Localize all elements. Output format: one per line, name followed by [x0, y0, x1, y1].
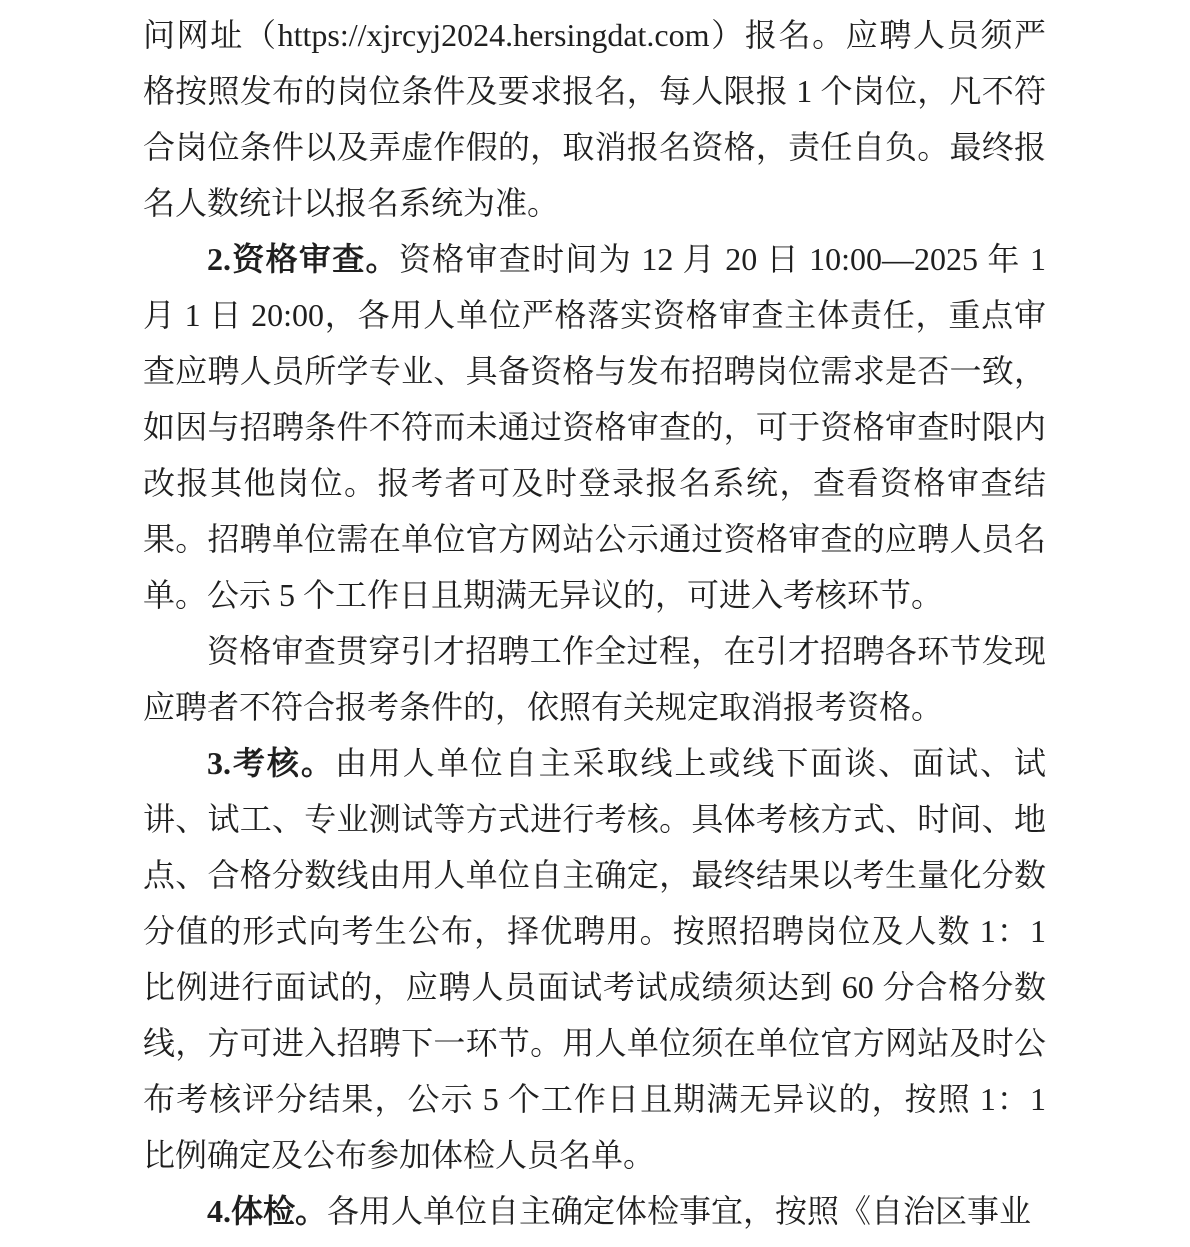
document-page: 问网址（https://xjrcyj2024.hersingdat.com）报名…	[0, 0, 1190, 1247]
paragraph-text: 问网址（https://xjrcyj2024.hersingdat.com）报名…	[143, 17, 1046, 221]
paragraph-assessment: 3.考核。由用人单位自主采取线上或线下面谈、面试、试讲、试工、专业测试等方式进行…	[143, 735, 1046, 1183]
paragraph-text: 各用人单位自主确定体检事宜，按照《自治区事业	[327, 1193, 1031, 1229]
paragraph-text: 资格审查时间为 12 月 20 日 10:00—2025 年 1 月 1 日 2…	[143, 241, 1046, 613]
paragraph-registration: 问网址（https://xjrcyj2024.hersingdat.com）报名…	[143, 7, 1046, 231]
section-heading-4-physical-exam: 4.体检。	[207, 1193, 327, 1229]
paragraph-qualification-review: 2.资格审查。资格审查时间为 12 月 20 日 10:00—2025 年 1 …	[143, 231, 1046, 623]
paragraph-text: 资格审查贯穿引才招聘工作全过程，在引才招聘各环节发现应聘者不符合报考条件的，依照…	[143, 633, 1046, 725]
paragraph-text: 由用人单位自主采取线上或线下面谈、面试、试讲、试工、专业测试等方式进行考核。具体…	[143, 745, 1046, 1173]
section-heading-3-assessment: 3.考核。	[207, 745, 335, 781]
document-body: 问网址（https://xjrcyj2024.hersingdat.com）报名…	[143, 7, 1046, 1239]
paragraph-physical-exam: 4.体检。各用人单位自主确定体检事宜，按照《自治区事业	[143, 1183, 1046, 1239]
paragraph-review-throughout: 资格审查贯穿引才招聘工作全过程，在引才招聘各环节发现应聘者不符合报考条件的，依照…	[143, 623, 1046, 735]
section-heading-2-qualification-review: 2.资格审查。	[207, 241, 399, 277]
